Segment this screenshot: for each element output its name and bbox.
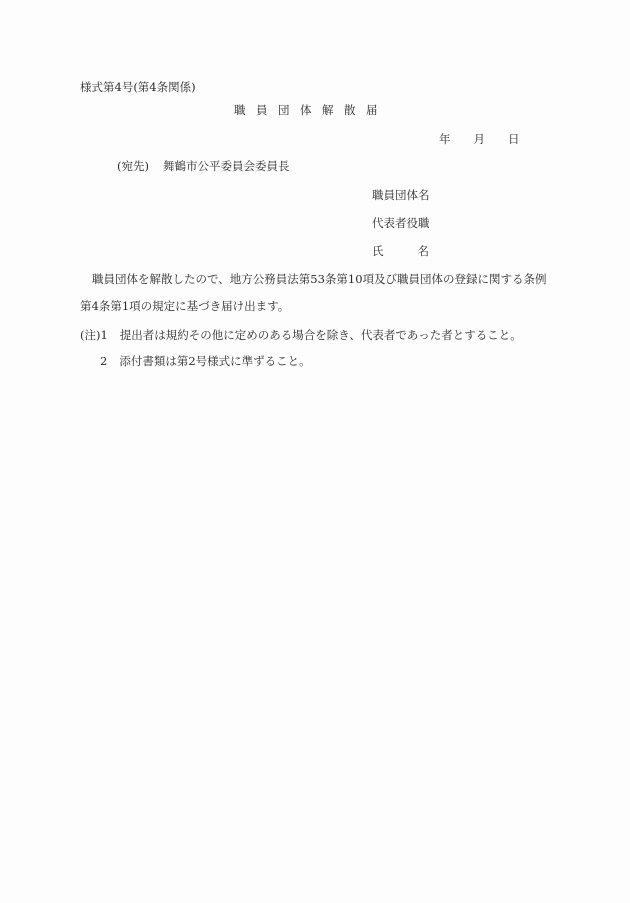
addressee: (宛先)舞鶴市公平委員会委員長 [117, 159, 289, 173]
year-label: 年 [439, 132, 451, 146]
note-2-text: 添付書類は第2号様式に準ずること。 [119, 354, 310, 368]
form-number: 様式第4号(第4条関係) [80, 80, 196, 94]
addressee-label: (宛先) [117, 159, 149, 173]
body-text-line2: 第4条第1項の規定に基づき届け出ます。 [80, 299, 289, 313]
month-label: 月 [474, 132, 486, 146]
day-label: 日 [508, 132, 520, 146]
note-1-text: 提出者は規約その他に定めのある場合を除き、代表者であった者とすること。 [120, 328, 522, 342]
document-title: 職員団体解散届 [234, 103, 388, 117]
date-line: 年月日 [439, 132, 520, 146]
name-label-char2: 名 [418, 244, 430, 258]
note-2: 2添付書類は第2号様式に準ずること。 [100, 354, 311, 368]
addressee-name: 舞鶴市公平委員会委員長 [163, 159, 290, 173]
name-label-char1: 氏 [372, 244, 384, 258]
note-prefix: (注)1 [80, 328, 108, 342]
note-1: (注)1提出者は規約その他に定めのある場合を除き、代表者であった者とすること。 [80, 328, 522, 342]
note-2-number: 2 [100, 354, 107, 368]
body-text-line1: 職員団体を解散したので、地方公務員法第53条第10項及び職員団体の登録に関する条… [92, 272, 547, 286]
organization-name-label: 職員団体名 [372, 188, 430, 202]
document-page: 様式第4号(第4条関係) 職員団体解散届 年月日 (宛先)舞鶴市公平委員会委員長… [0, 0, 630, 903]
name-label: 氏名 [372, 244, 429, 258]
representative-title-label: 代表者役職 [372, 216, 430, 230]
